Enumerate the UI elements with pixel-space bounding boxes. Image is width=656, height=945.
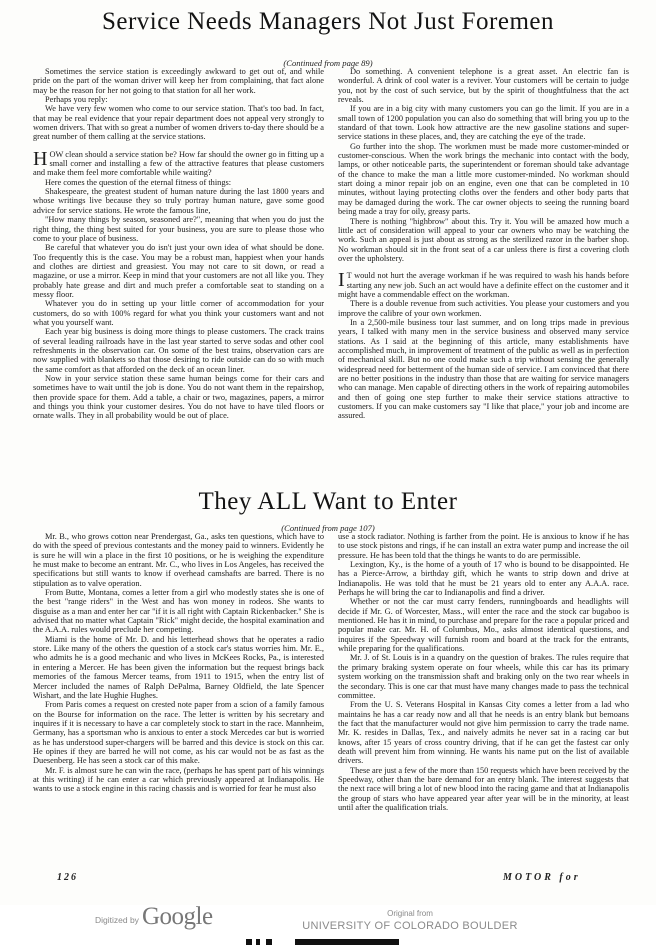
paragraph: There is a double revenue from such acti…	[338, 299, 629, 318]
article2-left-column: Mr. B., who grows cotton near Prendergas…	[33, 532, 324, 862]
digitized-by-label: Digitized by	[95, 915, 139, 925]
scan-edge-mark	[246, 939, 252, 945]
article2-right-column: use a stock radiator. Nothing is farther…	[338, 532, 629, 862]
article1-left-column: Sometimes the service station is exceedi…	[33, 67, 324, 482]
paragraph: Sometimes the service station is exceedi…	[33, 67, 324, 95]
scan-edge-mark	[256, 939, 260, 945]
paragraph: Miami is the home of Mr. D. and his lett…	[33, 635, 324, 700]
paragraph: From the U. S. Veterans Hospital in Kans…	[338, 700, 629, 765]
page-number: 126	[57, 872, 78, 883]
running-footer-magazine: MOTOR for	[503, 872, 581, 883]
paragraph: Mr. J. of St. Louis is in a quandry on t…	[338, 653, 629, 700]
paragraph: Be careful that whatever you do isn't ju…	[33, 243, 324, 299]
paragraph: Do something. A convenient telephone is …	[338, 67, 629, 104]
institution-name: UNIVERSITY OF COLORADO BOULDER	[290, 920, 530, 932]
paragraph: From Butte, Montana, comes a letter from…	[33, 588, 324, 635]
paragraph: From Paris comes a request on crested no…	[33, 700, 324, 765]
digitization-footer: Digitized by Google Original from UNIVER…	[0, 905, 656, 945]
paragraph: Mr. F. is almost sure he can win the rac…	[33, 766, 324, 794]
paragraph: Whatever you do in setting up your littl…	[33, 299, 324, 327]
original-from-label: Original from	[290, 909, 530, 918]
scan-edge-mark	[266, 939, 272, 945]
lead-text: T would not hurt the average workman if …	[338, 271, 629, 299]
section-lead-paragraph: IT would not hurt the average workman if…	[338, 271, 629, 299]
article-title-service-managers: Service Needs Managers Not Just Foremen	[0, 8, 656, 36]
paragraph: There is nothing "highbrow" about this. …	[338, 217, 629, 264]
paragraph: Go further into the shop. The workmen mu…	[338, 142, 629, 217]
paragraph: Lexington, Ky., is the home of a youth o…	[338, 560, 629, 597]
paragraph: Whether or not the car must carry fender…	[338, 597, 629, 653]
scanned-page: Service Needs Managers Not Just Foremen …	[0, 0, 656, 945]
google-logo: Google	[142, 903, 213, 931]
scan-edge-bar	[295, 939, 399, 945]
paragraph: Mr. B., who grows cotton near Prendergas…	[33, 532, 324, 588]
paragraph: Shakespeare, the greatest student of hum…	[33, 187, 324, 215]
lead-text: OW clean should a service station be? Ho…	[33, 150, 324, 178]
paragraph: These are just a few of the more than 15…	[338, 766, 629, 813]
article1-right-column: Do something. A convenient telephone is …	[338, 67, 629, 482]
paragraph: In a 2,500-mile business tour last summe…	[338, 318, 629, 421]
paragraph: use a stock radiator. Nothing is farther…	[338, 532, 629, 560]
paragraph: Here comes the question of the eternal f…	[33, 178, 324, 187]
paragraph: "How many things by season, seasoned are…	[33, 215, 324, 243]
section-lead-paragraph: HOW clean should a service station be? H…	[33, 150, 324, 178]
drop-cap: I	[338, 272, 345, 288]
paragraph: Now in your service station these same h…	[33, 374, 324, 421]
paragraph: Perhaps you reply:	[33, 95, 324, 104]
paragraph: If you are in a big city with many custo…	[338, 104, 629, 141]
paragraph: Each year big business is doing more thi…	[33, 327, 324, 374]
drop-cap: H	[33, 151, 47, 167]
article-title-all-want-to-enter: They ALL Want to Enter	[0, 488, 656, 516]
paragraph: We have very few women who come to our s…	[33, 104, 324, 141]
